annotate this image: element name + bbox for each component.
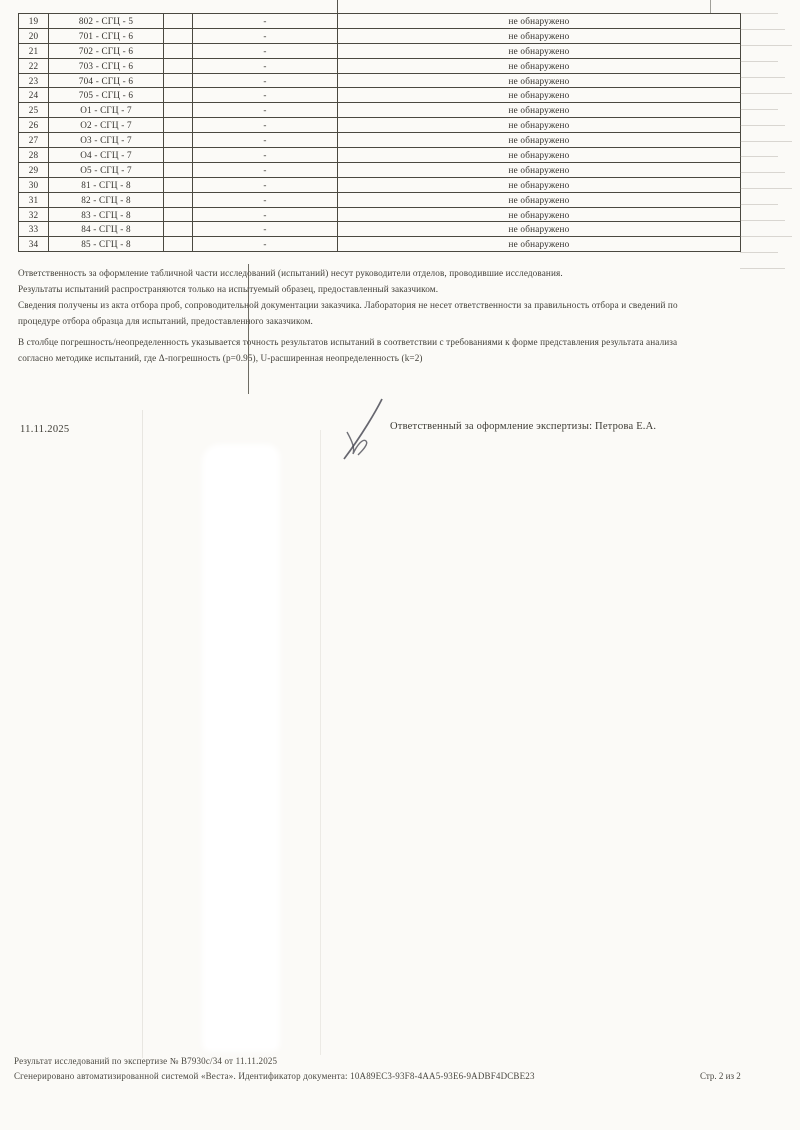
- blank-cell: [164, 73, 193, 88]
- result-cell: не обнаружено: [338, 43, 741, 58]
- sample-code-cell: О3 - СГЦ - 7: [49, 133, 164, 148]
- dash-cell: -: [193, 162, 338, 177]
- row-number-cell: 29: [19, 162, 49, 177]
- note-line: Ответственность за оформление табличной …: [18, 268, 788, 278]
- scan-streak: [320, 430, 321, 1055]
- result-cell: не обнаружено: [338, 28, 741, 43]
- result-cell: не обнаружено: [338, 58, 741, 73]
- row-line-extension: [740, 252, 778, 253]
- result-cell: не обнаружено: [338, 118, 741, 133]
- table-row: 29О5 - СГЦ - 7-не обнаружено: [19, 162, 741, 177]
- table-row: 3485 - СГЦ - 8-не обнаружено: [19, 237, 741, 252]
- dash-cell: -: [193, 222, 338, 237]
- result-cell: не обнаружено: [338, 103, 741, 118]
- note-line: Результаты испытаний распространяются то…: [18, 284, 788, 294]
- row-line-extension: [740, 188, 792, 189]
- blank-cell: [164, 207, 193, 222]
- table-row: 23704 - СГЦ - 6-не обнаружено: [19, 73, 741, 88]
- row-number-cell: 23: [19, 73, 49, 88]
- table-row: 3081 - СГЦ - 8-не обнаружено: [19, 177, 741, 192]
- blank-cell: [164, 237, 193, 252]
- row-number-cell: 26: [19, 118, 49, 133]
- dash-cell: -: [193, 207, 338, 222]
- row-line-extension: [740, 77, 785, 78]
- scan-streak: [142, 410, 143, 1058]
- dash-cell: -: [193, 58, 338, 73]
- table-row: 19802 - СГЦ - 5-не обнаружено: [19, 14, 741, 29]
- row-line-extension: [740, 236, 792, 237]
- row-line-extension: [740, 13, 778, 14]
- note-line: процедуре отбора образца для испытаний, …: [18, 316, 788, 326]
- row-number-cell: 24: [19, 88, 49, 103]
- dash-cell: -: [193, 88, 338, 103]
- row-number-cell: 25: [19, 103, 49, 118]
- table-row: 3182 - СГЦ - 8-не обнаружено: [19, 192, 741, 207]
- blank-cell: [164, 192, 193, 207]
- footer-expertise-line: Результат исследований по экспертизе № В…: [14, 1056, 277, 1066]
- table-row: 21702 - СГЦ - 6-не обнаружено: [19, 43, 741, 58]
- row-line-extension: [740, 220, 785, 221]
- result-cell: не обнаружено: [338, 177, 741, 192]
- row-number-cell: 32: [19, 207, 49, 222]
- result-cell: не обнаружено: [338, 14, 741, 29]
- note-line: Сведения получены из акта отбора проб, с…: [18, 300, 788, 310]
- result-cell: не обнаружено: [338, 162, 741, 177]
- row-line-extension: [740, 204, 778, 205]
- sample-code-cell: 85 - СГЦ - 8: [49, 237, 164, 252]
- row-line-extension: [740, 109, 778, 110]
- blank-cell: [164, 148, 193, 163]
- blank-cell: [164, 103, 193, 118]
- date-label: 11.11.2025: [20, 424, 69, 435]
- dash-cell: -: [193, 73, 338, 88]
- table-row: 20701 - СГЦ - 6-не обнаружено: [19, 28, 741, 43]
- blank-cell: [164, 28, 193, 43]
- sample-code-cell: 84 - СГЦ - 8: [49, 222, 164, 237]
- dash-cell: -: [193, 237, 338, 252]
- blank-cell: [164, 133, 193, 148]
- results-table-body: 19802 - СГЦ - 5-не обнаружено20701 - СГЦ…: [19, 14, 741, 252]
- row-number-cell: 21: [19, 43, 49, 58]
- table-row: 22703 - СГЦ - 6-не обнаружено: [19, 58, 741, 73]
- row-number-cell: 34: [19, 237, 49, 252]
- sample-code-cell: 705 - СГЦ - 6: [49, 88, 164, 103]
- row-number-cell: 33: [19, 222, 49, 237]
- page-number: Стр. 2 из 2: [700, 1071, 741, 1081]
- dash-cell: -: [193, 43, 338, 58]
- table-row: 27О3 - СГЦ - 7-не обнаружено: [19, 133, 741, 148]
- table-row: 28О4 - СГЦ - 7-не обнаружено: [19, 148, 741, 163]
- sample-code-cell: 81 - СГЦ - 8: [49, 177, 164, 192]
- dash-cell: -: [193, 192, 338, 207]
- dash-cell: -: [193, 177, 338, 192]
- note-line: согласно методике испытаний, где Δ-погре…: [18, 353, 788, 363]
- blank-cell: [164, 162, 193, 177]
- dash-cell: -: [193, 28, 338, 43]
- row-number-cell: 27: [19, 133, 49, 148]
- row-number-cell: 19: [19, 14, 49, 29]
- row-line-extension: [740, 156, 778, 157]
- sample-code-cell: О1 - СГЦ - 7: [49, 103, 164, 118]
- dash-cell: -: [193, 14, 338, 29]
- dash-cell: -: [193, 103, 338, 118]
- result-cell: не обнаружено: [338, 222, 741, 237]
- result-cell: не обнаружено: [338, 133, 741, 148]
- row-line-extension: [740, 125, 785, 126]
- dash-cell: -: [193, 133, 338, 148]
- result-cell: не обнаружено: [338, 148, 741, 163]
- dash-cell: -: [193, 148, 338, 163]
- table-row: 3283 - СГЦ - 8-не обнаружено: [19, 207, 741, 222]
- sample-code-cell: О2 - СГЦ - 7: [49, 118, 164, 133]
- blank-cell: [164, 88, 193, 103]
- row-line-extension: [740, 141, 792, 142]
- table-row: 25О1 - СГЦ - 7-не обнаружено: [19, 103, 741, 118]
- results-table: 19802 - СГЦ - 5-не обнаружено20701 - СГЦ…: [18, 13, 740, 252]
- table-row: 26О2 - СГЦ - 7-не обнаружено: [19, 118, 741, 133]
- scan-streak: [248, 264, 249, 394]
- result-cell: не обнаружено: [338, 73, 741, 88]
- whiteout-band: [206, 448, 276, 1048]
- sample-code-cell: О4 - СГЦ - 7: [49, 148, 164, 163]
- result-cell: не обнаружено: [338, 88, 741, 103]
- blank-cell: [164, 118, 193, 133]
- row-number-cell: 28: [19, 148, 49, 163]
- table-column-stub: [710, 0, 711, 13]
- sample-code-cell: 702 - СГЦ - 6: [49, 43, 164, 58]
- sample-code-cell: О5 - СГЦ - 7: [49, 162, 164, 177]
- blank-cell: [164, 222, 193, 237]
- result-cell: не обнаружено: [338, 237, 741, 252]
- row-number-cell: 22: [19, 58, 49, 73]
- sample-code-cell: 82 - СГЦ - 8: [49, 192, 164, 207]
- sample-code-cell: 802 - СГЦ - 5: [49, 14, 164, 29]
- blank-cell: [164, 14, 193, 29]
- footer-system-line: Сгенерировано автоматизированной системо…: [14, 1071, 535, 1081]
- blank-cell: [164, 58, 193, 73]
- note-line: В столбце погрешность/неопределенность у…: [18, 337, 788, 347]
- row-number-cell: 30: [19, 177, 49, 192]
- table-row: 3384 - СГЦ - 8-не обнаружено: [19, 222, 741, 237]
- sample-code-cell: 83 - СГЦ - 8: [49, 207, 164, 222]
- row-line-extension: [740, 93, 792, 94]
- blank-cell: [164, 43, 193, 58]
- row-number-cell: 31: [19, 192, 49, 207]
- sample-code-cell: 704 - СГЦ - 6: [49, 73, 164, 88]
- row-line-extension: [740, 45, 792, 46]
- row-line-extension: [740, 172, 785, 173]
- blank-cell: [164, 177, 193, 192]
- responsible-label: Ответственный за оформление экспертизы: …: [390, 421, 656, 432]
- dash-cell: -: [193, 118, 338, 133]
- result-cell: не обнаружено: [338, 192, 741, 207]
- row-line-extension: [740, 61, 778, 62]
- result-cell: не обнаружено: [338, 207, 741, 222]
- sample-code-cell: 701 - СГЦ - 6: [49, 28, 164, 43]
- scanned-document-page: 19802 - СГЦ - 5-не обнаружено20701 - СГЦ…: [0, 0, 800, 1130]
- table-column-stub: [337, 0, 338, 13]
- row-line-extension: [740, 29, 785, 30]
- row-number-cell: 20: [19, 28, 49, 43]
- sample-code-cell: 703 - СГЦ - 6: [49, 58, 164, 73]
- table-row: 24705 - СГЦ - 6-не обнаружено: [19, 88, 741, 103]
